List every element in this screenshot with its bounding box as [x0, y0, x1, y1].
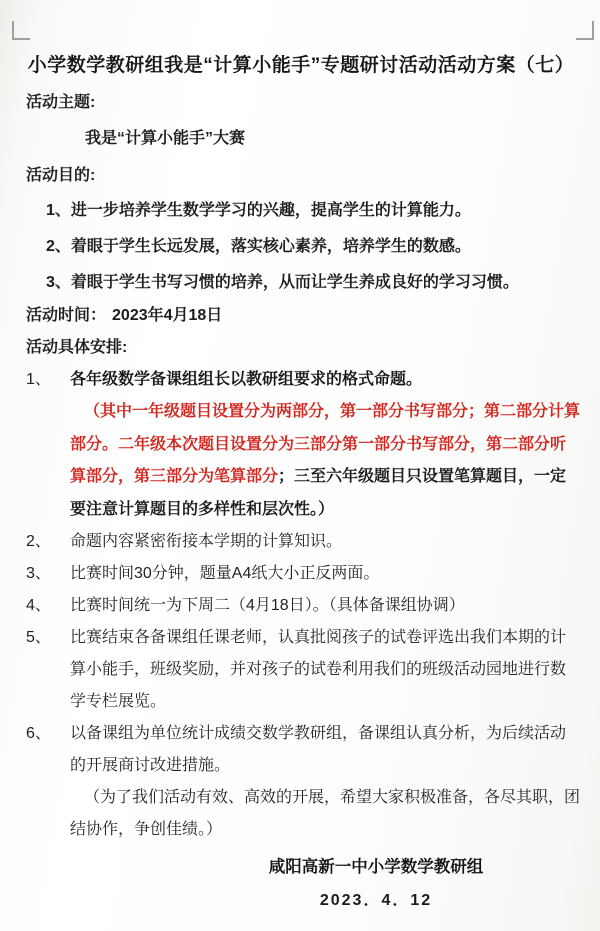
- purpose-item: 1、进一步培养学生数学学习的兴趣，提高学生的计算能力。: [0, 193, 600, 229]
- schedule-list: 1、 各年级数学备课组组长以教研组要求的格式命题。 （其中一年级题目设置分为两部…: [0, 364, 600, 846]
- schedule-item-5: 5、 比赛结束各备课组任课老师，认真批阅孩子的试卷评选出我们本期的计算小能手，班…: [0, 622, 600, 718]
- schedule-item-text: 以备课组为单位统计成绩交数学教研组，备课组认真分析，为后续活动的开展商讨改进措施…: [70, 725, 566, 774]
- margin-mark-top-left: [12, 21, 30, 40]
- purpose-heading: 活动目的:: [0, 165, 600, 187]
- document-title: 小学数学教研组我是“计算小能手”专题研讨活动活动方案（七）: [0, 0, 600, 77]
- purpose-list: 1、进一步培养学生数学学习的兴趣，提高学生的计算能力。 2、着眼于学生长远发展，…: [0, 193, 600, 301]
- schedule-item-1: 1、 各年级数学备课组组长以教研组要求的格式命题。: [0, 364, 600, 396]
- schedule-item-number: 2、: [26, 526, 51, 558]
- signature: 咸阳高新一中小学数学教研组: [76, 855, 600, 879]
- schedule-item-number: 5、: [26, 622, 51, 654]
- margin-mark-top-right: [576, 21, 594, 40]
- schedule-item-number: 1、: [26, 364, 51, 396]
- document-page: 小学数学教研组我是“计算小能手”专题研讨活动活动方案（七） 活动主题: 我是“计…: [0, 0, 600, 931]
- closing-note: （为了我们活动有效、高效的开展，希望大家积极准备，各尽其职，团结协作，争创佳绩。…: [0, 782, 600, 846]
- purpose-item: 3、着眼于学生书写习惯的培养，从而让学生养成良好的学习习惯。: [0, 265, 600, 301]
- schedule-heading: 活动具体安排:: [0, 336, 600, 360]
- schedule-item-number: 3、: [26, 558, 51, 590]
- schedule-item-text: 比赛时间30分钟，题量A4纸大小正反两面。: [70, 565, 379, 582]
- schedule-item-text: 比赛结束各备课组任课老师，认真批阅孩子的试卷评选出我们本期的计算小能手，班级奖励…: [70, 629, 566, 710]
- schedule-item-number: 4、: [26, 590, 51, 622]
- schedule-item-1-note: （其中一年级题目设置分为两部分，第一部分书写部分；第二部分计算部分。二年级本次题…: [0, 396, 600, 526]
- schedule-item-text: 各年级数学备课组组长以教研组要求的格式命题。: [70, 371, 422, 388]
- schedule-item-6: 6、 以备课组为单位统计成绩交数学教研组，备课组认真分析，为后续活动的开展商讨改…: [0, 718, 600, 782]
- schedule-item-3: 3、 比赛时间30分钟，题量A4纸大小正反两面。: [0, 558, 600, 590]
- theme-value: 我是“计算小能手”大赛: [0, 128, 600, 150]
- time-line: 活动时间：2023年4月18日: [0, 304, 600, 328]
- schedule-item-4: 4、 比赛时间统一为下周二（4月18日）。（具体备课组协调）: [0, 590, 600, 622]
- time-heading: 活动时间：: [26, 307, 106, 324]
- schedule-item-text: 比赛时间统一为下周二（4月18日）。（具体备课组协调）: [70, 597, 465, 614]
- theme-heading: 活动主题:: [0, 92, 600, 114]
- document-date: 2023．4．12: [76, 890, 600, 912]
- time-value: 2023年4月18日: [106, 307, 222, 324]
- schedule-item-2: 2、 命题内容紧密衔接本学期的计算知识。: [0, 526, 600, 558]
- schedule-item-text: 命题内容紧密衔接本学期的计算知识。: [70, 533, 342, 550]
- purpose-item: 2、着眼于学生长远发展，落实核心素养，培养学生的数感。: [0, 229, 600, 265]
- schedule-item-number: 6、: [26, 718, 51, 750]
